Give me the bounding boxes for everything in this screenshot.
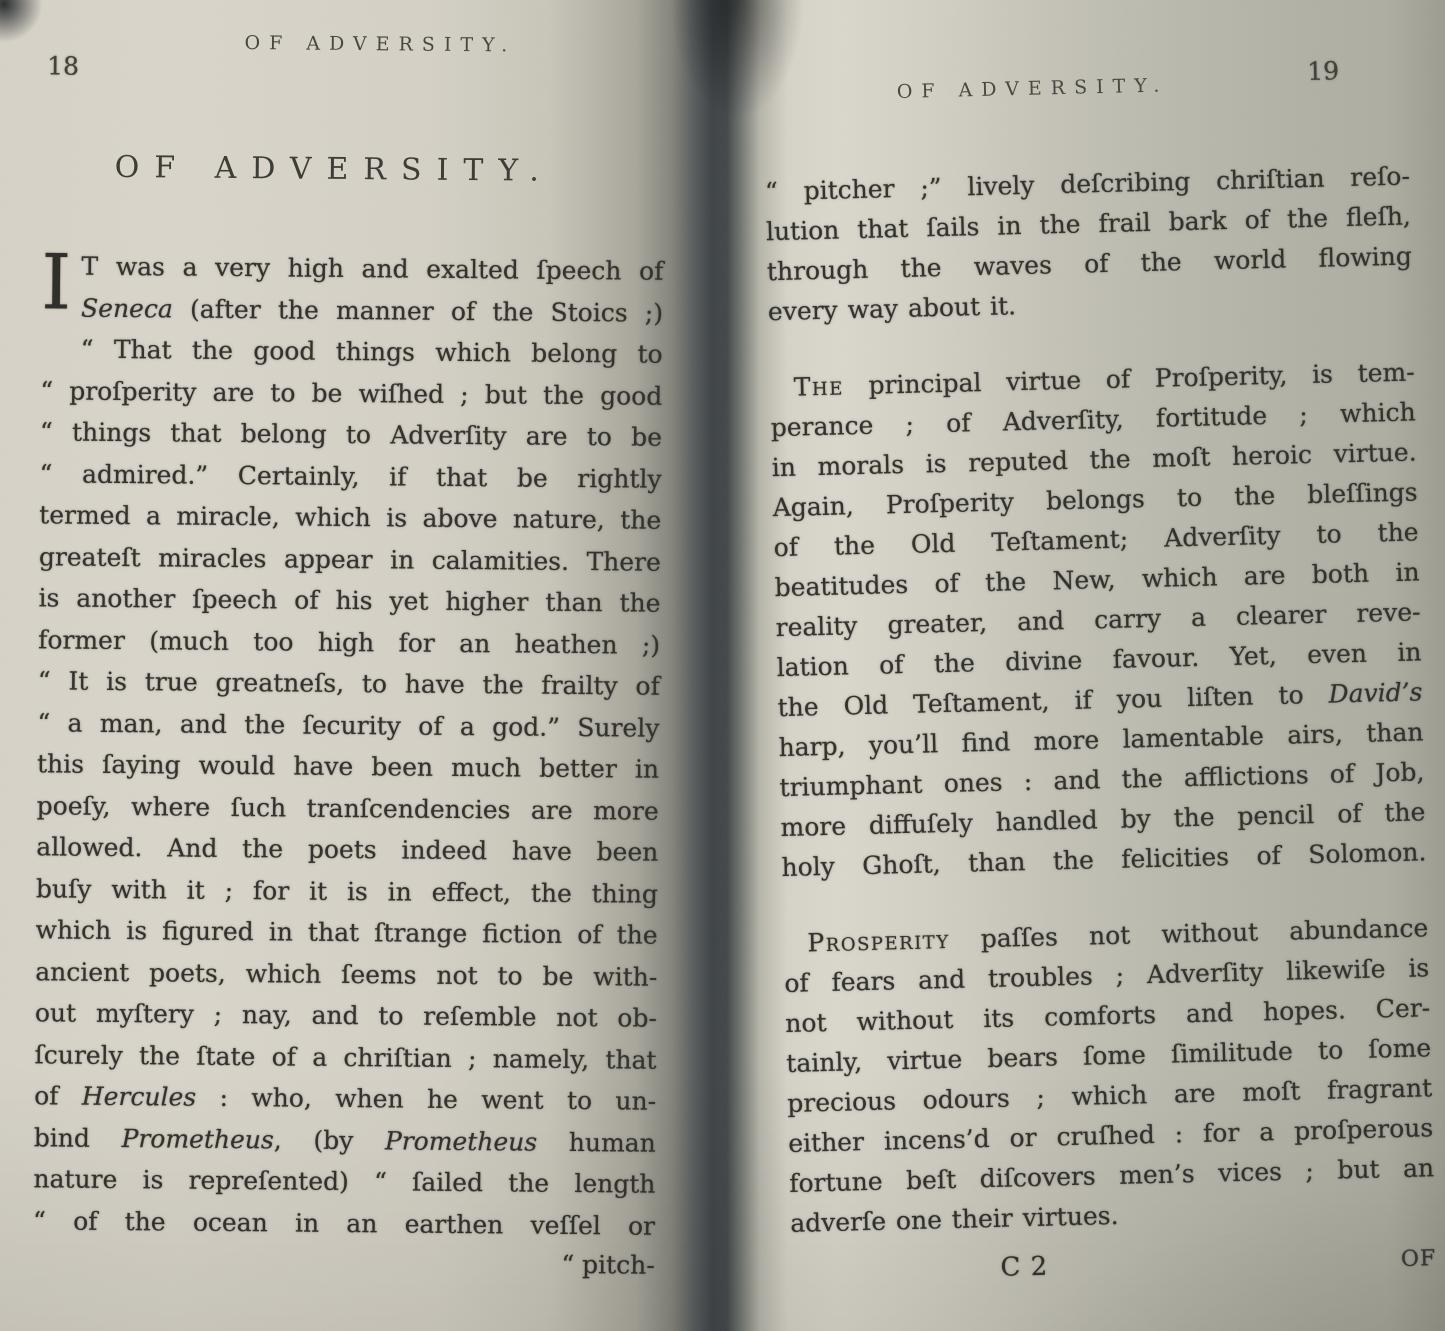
text-segment: allowed. And the poets indeed have been [36,832,658,866]
text-segment: T was a very high and exalted ſpeech of [81,252,663,286]
text-segment: ſcurely the ſtate of a chriſtian ; namel… [34,1040,656,1074]
text-line: “ proſperity are to be wiſhed ; but the … [40,370,662,417]
text-segment: “ a man, and the ſecurity of a god.” Sur… [37,708,659,742]
text-segment: nature is repreſented) “ ſailed the leng… [33,1164,655,1198]
text-line: bind Prometheus, (by Prometheus human [34,1117,656,1164]
text-segment: this ſaying would have been much better … [37,749,659,783]
text-segment: The [793,371,844,401]
text-segment: David’s [1328,677,1423,708]
text-segment: Hercules [82,1082,197,1112]
text-segment: out myſtery ; nay, and to reſemble not o… [35,998,657,1032]
text-line: out myſtery ; nay, and to reſemble not o… [35,992,657,1039]
text-segment: adverſe one their virtues. [790,1201,1119,1238]
text-line: “ It is true greatneſs, to have the frai… [38,660,660,707]
text-line: this ſaying would have been much better … [37,743,659,790]
text-segment: , (by [274,1125,385,1155]
essay-title: OF ADVERSITY. [34,149,634,189]
text-segment: paſſes not without abundance [949,913,1428,954]
left-page-text: I T was a very high and exalted ſpeech o… [33,245,664,1246]
right-page-text: “ pitcher ;” lively deſcribing chriſtian… [765,156,1437,1286]
text-line: “ of the ocean in an earthen veſſel or [33,1200,655,1247]
text-segment: Prometheus [385,1126,537,1156]
text-line: is another ſpeech of his yet higher than… [38,577,660,624]
drop-cap: I [41,249,72,329]
text-segment: former (much too high for an heathen ;) [38,625,660,659]
text-line: of Hercules : who, when he went to un- [34,1075,656,1122]
text-segment: “ It is true greatneſs, to have the frai… [38,666,660,700]
text-line: ſcurely the ſtate of a chriſtian ; namel… [34,1034,656,1081]
text-segment: ancient poets, which ſeems not to be wit… [35,957,657,991]
text-line: Seneca (after the manner of the Stoics ;… [41,287,663,334]
text-segment: of [34,1081,82,1110]
book-photo: 18 OF ADVERSITY. OF ADVERSITY. I T was a… [0,0,1445,1331]
right-page: OF ADVERSITY. 19 “ pitcher ;” lively deſ… [705,0,1445,1331]
page-number-left: 18 [47,51,79,80]
signature-mark: C 2 [1000,1252,1047,1283]
page-footer: C 2 OF [791,1237,1437,1287]
text-segment: termed a miracle, which is above nature,… [39,500,661,534]
text-segment: “ things that belong to Adverſity are to… [40,417,662,451]
text-line: greateſt miracles appear in calamities. … [39,536,661,583]
paragraph-3: Prosperity paſſes not without abundanceo… [783,908,1436,1244]
text-line: “ That the good things which belong to [41,328,663,375]
text-segment: “ That the good things which belong to [81,335,663,369]
paragraph-1: “ pitcher ;” lively deſcribing chriſtian… [765,156,1414,332]
catchword-right: OF [1401,1239,1437,1280]
text-segment: : who, when he went to un- [196,1083,656,1116]
text-line: termed a miracle, which is above nature,… [39,494,661,541]
text-segment: is another ſpeech of his yet higher than… [38,583,660,617]
text-line: poeſy, where ſuch tranſcendencies are mo… [37,785,659,832]
text-segment: (after the manner of the Stoics ;) [173,294,663,327]
paragraph-2: The principal virtue of Proſperity, is t… [769,352,1427,888]
text-line: ancient poets, which ſeems not to be wit… [35,951,657,998]
left-page: 18 OF ADVERSITY. OF ADVERSITY. I T was a… [0,0,711,1331]
text-segment: “ admired.” Certainly, if that be rightl… [39,459,661,493]
catchword-left: “ pitch- [33,1245,655,1279]
text-segment: “ proſperity are to be wiſhed ; but the … [40,376,662,410]
text-line: “ admired.” Certainly, if that be rightl… [39,453,661,500]
text-line: “ things that belong to Adverſity are to… [40,411,662,458]
text-line: allowed. And the poets indeed have been [36,826,658,873]
text-segment: greateſt miracles appear in calamities. … [39,542,661,576]
running-header-left: OF ADVERSITY. [65,30,695,57]
text-line: former (much too high for an heathen ;) [38,619,660,666]
text-segment: “ of the ocean in an earthen veſſel or [33,1206,655,1240]
text-segment: poeſy, where ſuch tranſcendencies are mo… [37,791,659,825]
text-segment: Prosperity [807,925,950,957]
text-segment: buſy with it ; for it is in effect, the … [36,874,658,908]
text-line: which is figured in that ſtrange fiction… [35,909,657,956]
text-segment: human [537,1127,656,1157]
page-number-right: 19 [1307,56,1340,86]
text-line: nature is repreſented) “ ſailed the leng… [33,1158,655,1205]
text-segment: every way about it. [768,291,1017,326]
text-line: buſy with it ; for it is in effect, the … [36,868,658,915]
text-segment: bind [34,1123,122,1153]
text-segment: which is figured in that ſtrange fiction… [36,915,658,949]
text-segment: Seneca [81,293,173,323]
text-segment: Prometheus [121,1124,273,1154]
text-line: “ a man, and the ſecurity of a god.” Sur… [37,702,659,749]
text-line: T was a very high and exalted ſpeech of [41,245,663,292]
running-header-right: OF ADVERSITY. [747,71,1317,107]
